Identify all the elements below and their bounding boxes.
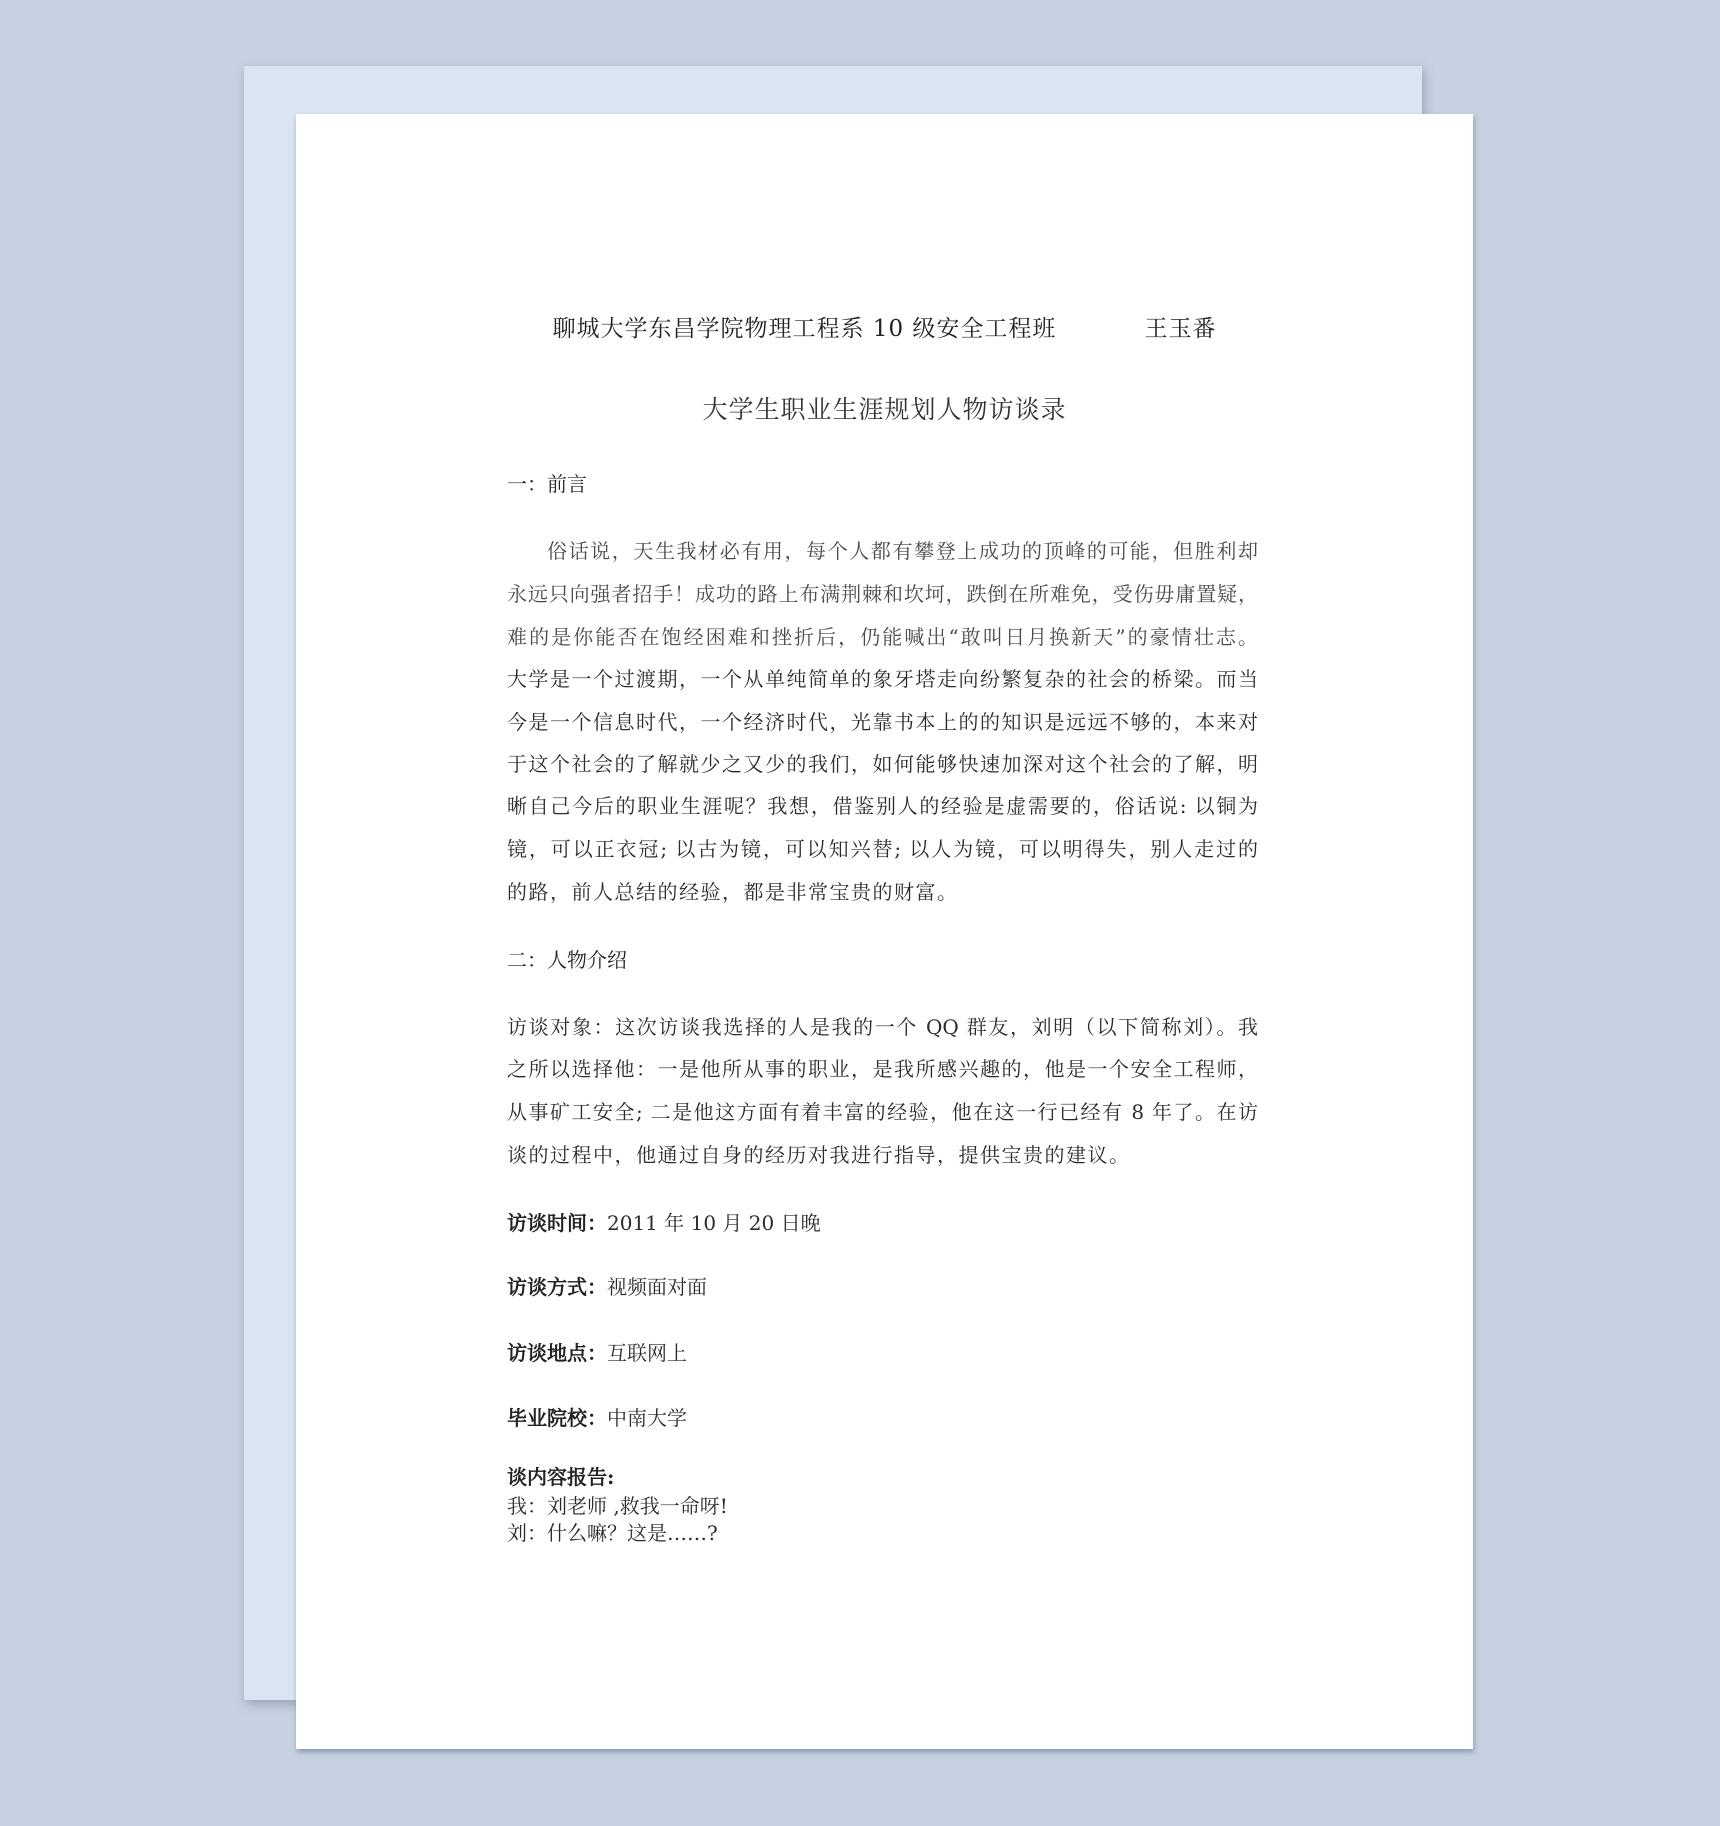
section-heading-preface: 一：前言 xyxy=(507,470,1258,498)
paragraph-line: 大学是一个过渡期，一个从单纯简单的象牙塔走向纷繁复杂的社会的桥梁。而当 xyxy=(507,665,1258,693)
paragraph-line: 之所以选择他：一是他所从事的职业，是我所感兴趣的，他是一个安全工程师， xyxy=(507,1055,1258,1083)
dialogue-line: 刘：什么嘛？这是……? xyxy=(507,1519,1258,1547)
report-heading: 谈内容报告: xyxy=(507,1463,1258,1491)
detail-value: 互联网上 xyxy=(607,1341,687,1365)
detail-graduate-school: 毕业院校：中南大学 xyxy=(507,1404,1258,1432)
paragraph-line: 从事矿工安全; 二是他这方面有着丰富的经验，他在这一行已经有 8 年了。在访 xyxy=(507,1098,1258,1126)
paragraph-line: 俗话说，天生我材必有用，每个人都有攀登上成功的顶峰的可能，但胜利却 xyxy=(547,537,1258,565)
document-title: 大学生职业生涯规划人物访谈录 xyxy=(296,395,1473,425)
detail-value: 2011 年 10 月 20 日晚 xyxy=(607,1211,821,1235)
author-name: 王玉番 xyxy=(1144,316,1216,342)
detail-interview-method: 访谈方式：视频面对面 xyxy=(507,1273,1258,1301)
section-heading-profile: 二：人物介绍 xyxy=(507,946,1258,974)
document-page: 聊城大学东昌学院物理工程系 10 级安全工程班王玉番 大学生职业生涯规划人物访谈… xyxy=(296,114,1473,1749)
paragraph-line: 访谈对象：这次访谈我选择的人是我的一个 QQ 群友，刘明（以下简称刘）。我 xyxy=(507,1013,1258,1041)
header-line: 聊城大学东昌学院物理工程系 10 级安全工程班王玉番 xyxy=(296,314,1473,344)
paragraph-line: 今是一个信息时代，一个经济时代，光靠书本上的的知识是远远不够的，本来对 xyxy=(507,708,1258,736)
detail-label: 访谈方式： xyxy=(507,1275,607,1299)
paragraph-line: 谈的过程中，他通过自身的经历对我进行指导，提供宝贵的建议。 xyxy=(507,1141,1258,1169)
detail-value: 视频面对面 xyxy=(607,1275,707,1299)
paragraph-line: 难的是你能否在饱经困难和挫折后，仍能喊出“敢叫日月换新天”的豪情壮志。 xyxy=(507,623,1258,651)
detail-label: 毕业院校： xyxy=(507,1406,607,1430)
detail-label: 访谈地点： xyxy=(507,1341,607,1365)
dialogue-line: 我：刘老师 ,救我一命呀! xyxy=(507,1492,1258,1520)
paragraph-line: 镜，可以正衣冠; 以古为镜，可以知兴替; 以人为镜，可以明得失，别人走过的 xyxy=(507,835,1258,863)
paragraph-line: 永远只向强者招手！成功的路上布满荆棘和坎坷，跌倒在所难免，受伤毋庸置疑， xyxy=(507,580,1258,608)
detail-interview-time: 访谈时间：2011 年 10 月 20 日晚 xyxy=(507,1209,1258,1237)
detail-label: 访谈时间： xyxy=(507,1211,607,1235)
paragraph-line: 的路，前人总结的经验，都是非常宝贵的财富。 xyxy=(507,878,1258,906)
paragraph-line: 于这个社会的了解就少之又少的我们，如何能够快速加深对这个社会的了解，明 xyxy=(507,750,1258,778)
affiliation: 聊城大学东昌学院物理工程系 10 级安全工程班 xyxy=(553,316,1057,342)
detail-value: 中南大学 xyxy=(607,1406,687,1430)
detail-interview-location: 访谈地点：互联网上 xyxy=(507,1339,1258,1367)
paragraph-line: 晰自己今后的职业生涯呢？我想，借鉴别人的经验是虚需要的，俗话说: 以铜为 xyxy=(507,792,1258,820)
